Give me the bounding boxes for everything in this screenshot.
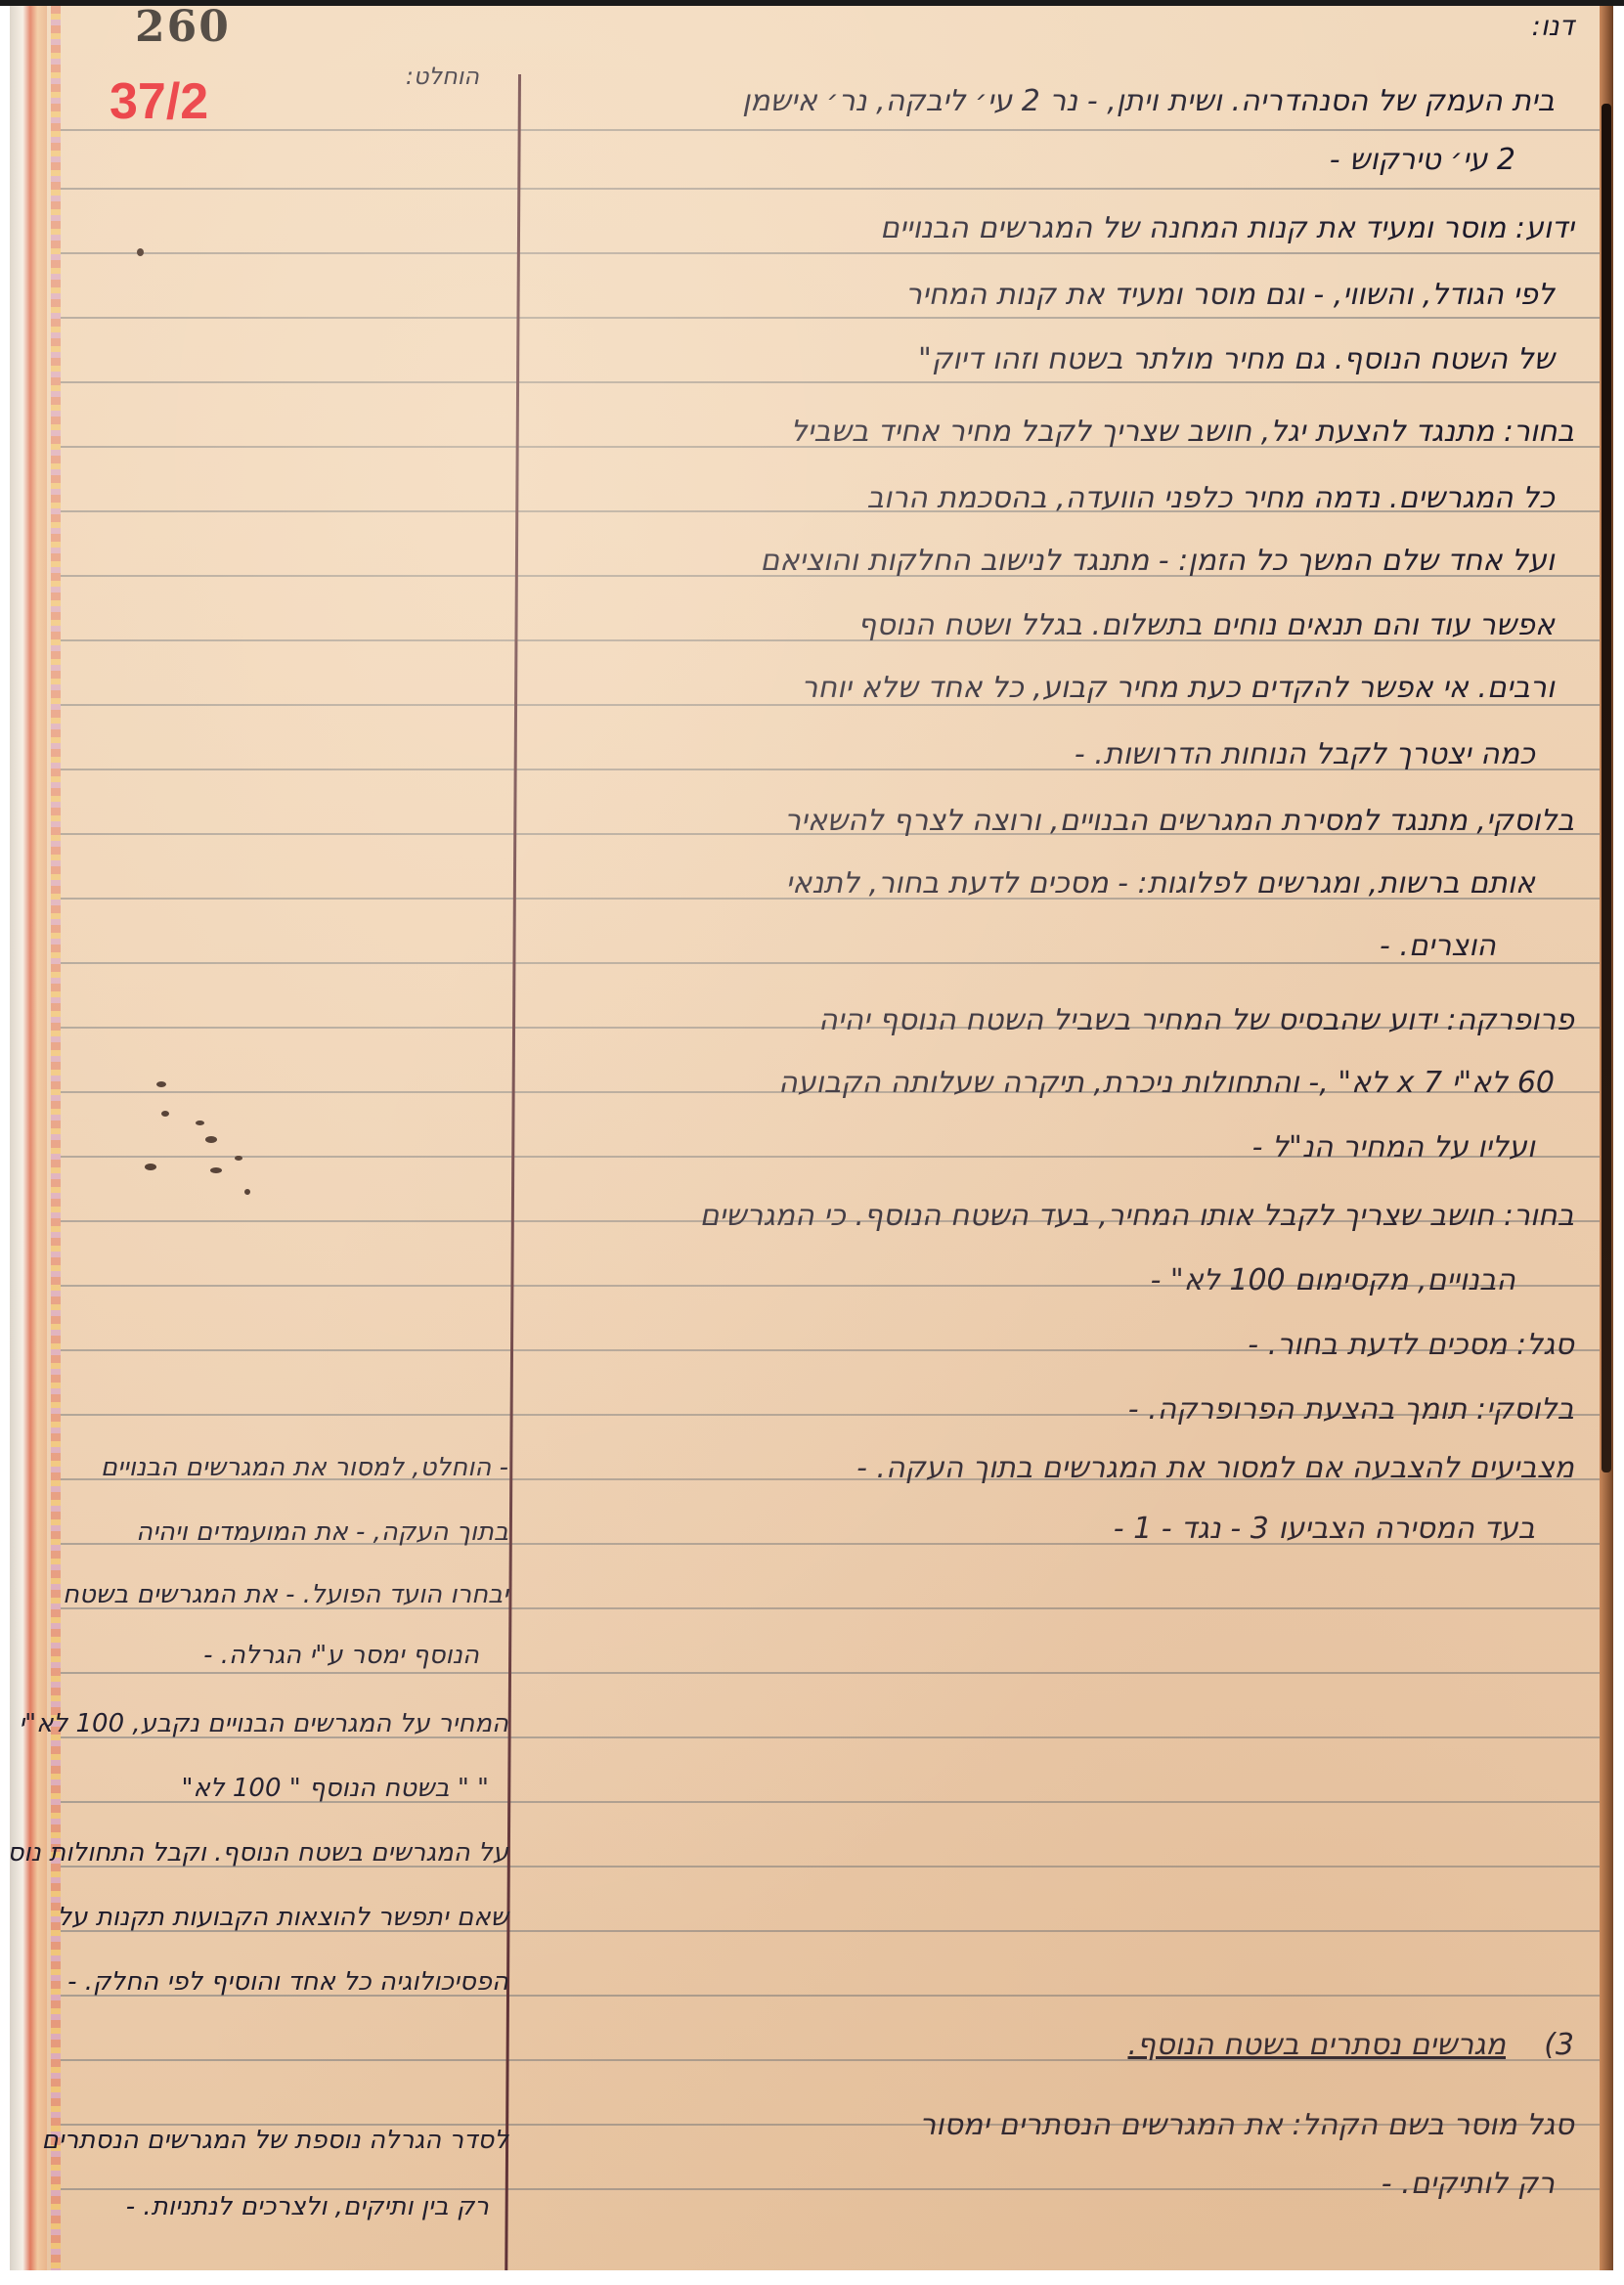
main-line: בחור: חושב שצריך לקבל אותו המחיר, בעד הש… bbox=[700, 1199, 1574, 1233]
main-line: 2 עי׳ טירקוש - bbox=[1330, 143, 1515, 177]
ink-stain bbox=[156, 1081, 166, 1087]
ruled-line bbox=[61, 317, 1600, 319]
ruled-line bbox=[61, 962, 1600, 964]
main-line: הבנויים, מקסימום 100 לא" - bbox=[1151, 1263, 1515, 1297]
main-line: בלוסקי: תומך בהצעת הפרופרקה. - bbox=[1128, 1392, 1574, 1427]
decision-line: רק בין ותיקים, ולצרכים לנתניות. - bbox=[126, 2192, 489, 2221]
decision-line: - הוחלט, למסור את המגרשים הבנויים bbox=[101, 1453, 508, 1482]
decision-line: יבחרו הועד הפועל. - את המגרשים בשטח bbox=[63, 1580, 508, 1609]
main-line: 60 לא"י x 7 לא" ,- והתחולות ניכרת, תיקרה… bbox=[778, 1066, 1555, 1100]
ruled-line bbox=[61, 129, 1600, 131]
decision-line: בתוך העקה, - את המועמדים ויהיה bbox=[136, 1517, 508, 1547]
main-line: ועליו על המחיר הנ"ל - bbox=[1252, 1130, 1535, 1164]
decision-line: שאם יתפשר להוצאות הקבועות תקנות על bbox=[57, 1903, 508, 1932]
main-line: אפשר עוד והם תנאים נוחים בתשלום. בגלל וש… bbox=[857, 608, 1555, 642]
ruled-line bbox=[61, 2188, 1600, 2190]
ruled-line bbox=[61, 381, 1600, 383]
archive-stamp: 37/2 bbox=[110, 72, 208, 131]
main-line: בלוסקי, מתנגד למסירת המגרשים הבנויים, ור… bbox=[784, 804, 1574, 838]
section-number: 3) bbox=[1544, 2028, 1574, 2062]
main-line: מצביעים להצבעה אם למסור את המגרשים בתוך … bbox=[856, 1451, 1574, 1485]
section-heading: מגרשים נסתרים בשטח הנוסף. bbox=[1127, 2028, 1506, 2062]
ruled-line bbox=[61, 252, 1600, 254]
ink-stain bbox=[205, 1136, 217, 1143]
main-line: פרופרקה: ידוע שהבסיס של המחיר בשביל השטח… bbox=[818, 1003, 1574, 1037]
ink-stain bbox=[196, 1121, 204, 1125]
ink-stain bbox=[235, 1156, 242, 1161]
page-number: 260 bbox=[135, 6, 231, 52]
notebook-page: 260 37/2 דנו: הוחלט: בית העמק של הסנהדרי… bbox=[10, 6, 1613, 2270]
main-line: בית העמק של הסנהדריה. ושית ויתן, - נר 2 … bbox=[742, 84, 1555, 118]
decision-line: לסדר הגרלה נוספת של המגרשים הנסתרים bbox=[42, 2126, 509, 2155]
decision-line: המחיר על המגרשים הבנויים נקבע, 100 לא"י bbox=[19, 1709, 508, 1738]
margin-line bbox=[505, 74, 521, 2270]
main-line: כמה יצטרך לקבל הנוחות הדרושות. - bbox=[1075, 737, 1535, 771]
ink-stain bbox=[145, 1164, 156, 1170]
ink-stain bbox=[244, 1189, 250, 1195]
top-right-label: דנו: bbox=[1531, 10, 1574, 42]
scan-shadow bbox=[1602, 104, 1611, 1472]
main-line: הוצרים. - bbox=[1380, 929, 1496, 963]
ink-stain bbox=[161, 1111, 169, 1117]
main-line: ידוע: מוסר ומעיד את קנות המחנה של המגרשי… bbox=[880, 211, 1574, 245]
decisions-header: הוחלט: bbox=[406, 63, 479, 90]
decision-line: " " בשטח הנוסף " 100 לא" bbox=[181, 1774, 489, 1803]
main-line: ורבים. אי אפשר להקדים כעת מחיר קבוע, כל … bbox=[802, 671, 1555, 705]
decision-line: הנוסף ימסר ע"י הגרלה. - bbox=[203, 1641, 479, 1670]
decision-line: על המגרשים בשטח הנוסף. וקבל התחולות נוספ… bbox=[10, 1838, 508, 1868]
main-line: סגל מוסר בשם הקהל: את המגרשים הנסתרים ימ… bbox=[919, 2108, 1574, 2142]
main-line: של השטח הנוסף. גם מחיר מולתר בשטח וזהו ד… bbox=[918, 342, 1555, 376]
ruled-line bbox=[61, 188, 1600, 190]
ink-stain bbox=[137, 248, 144, 256]
main-line: רק לותיקים. - bbox=[1382, 2167, 1555, 2201]
ink-stain bbox=[210, 1167, 222, 1173]
main-line: אותם ברשות, ומגרשים לפלוגות: - מסכים לדע… bbox=[786, 866, 1535, 901]
page-binding bbox=[10, 6, 47, 2270]
main-line: סגל: מסכים לדעת בחור. - bbox=[1248, 1328, 1574, 1362]
main-line: בחור: מתנגד להצעת יגל, חושב שצריך לקבל מ… bbox=[791, 415, 1574, 449]
main-line: בעד המסירה הצביעו 3 - נגד - 1 - bbox=[1114, 1512, 1535, 1546]
ruled-line bbox=[61, 1672, 1600, 1674]
main-line: כל המגרשים. נדמה מחיר כלפני הוועדה, בהסכ… bbox=[867, 481, 1555, 515]
main-line: לפי הגודל, והשווי, - וגם מוסר ומעיד את ק… bbox=[905, 278, 1555, 312]
decision-line: הפסיכולוגיה כל אחד והוסיף לפי החלק. - bbox=[67, 1967, 508, 1997]
main-line: ועל אחד שלם המשך כל הזמן: - מתנגד לנישוב… bbox=[760, 544, 1555, 578]
